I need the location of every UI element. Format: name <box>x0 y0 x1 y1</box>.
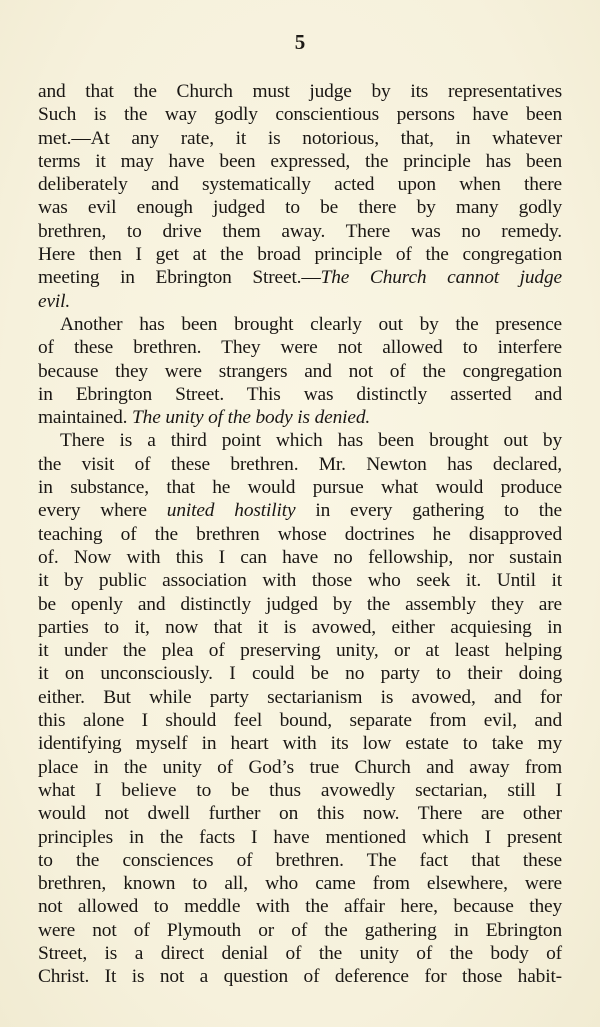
line-text: in every gathering to the <box>295 500 562 521</box>
line-text: in Ebrington Street. This was distinctly… <box>38 384 562 405</box>
line-text: be openly and distinctly judged by the a… <box>38 594 562 615</box>
text-line: Here then I get at the broad principle o… <box>38 243 562 266</box>
line-text: maintained. <box>38 407 132 428</box>
text-line: brethren, to drive them away. There was … <box>38 220 562 243</box>
line-text: every where <box>38 500 167 521</box>
text-line: to the consciences of brethren. The fact… <box>38 849 562 872</box>
text-line: of. Now with this I can have no fellowsh… <box>38 546 562 569</box>
document-page: 5 and that the Church must judge by its … <box>0 0 600 1027</box>
text-line: parties to it, now that it is avowed, ei… <box>38 616 562 639</box>
line-text: principles in the facts I have mentioned… <box>38 827 562 848</box>
line-text: of these brethren. They were not allowed… <box>38 337 562 358</box>
text-line: be openly and distinctly judged by the a… <box>38 593 562 616</box>
line-text: were not of Plymouth or of the gathering… <box>38 920 562 941</box>
text-line: it on unconsciously. I could be no party… <box>38 662 562 685</box>
line-text: the visit of these brethren. Mr. Newton … <box>38 454 562 475</box>
text-line: Such is the way godly conscientious pers… <box>38 103 562 126</box>
line-text: of. Now with this I can have no fellowsh… <box>38 547 562 568</box>
text-line: would not dwell further on this now. The… <box>38 802 562 825</box>
text-line: Street, is a direct denial of the unity … <box>38 942 562 965</box>
italic-emphasis: The Church cannot judge <box>321 267 562 288</box>
line-text: Such is the way godly conscientious pers… <box>38 104 562 125</box>
text-line: teaching of the brethren whose doctrines… <box>38 523 562 546</box>
text-line: met.—At any rate, it is notorious, that,… <box>38 127 562 150</box>
line-text: it on unconsciously. I could be no party… <box>38 663 562 684</box>
line-text: Street, is a direct denial of the unity … <box>38 943 562 964</box>
line-text: Here then I get at the broad principle o… <box>38 244 562 265</box>
line-text: it under the plea of preserving unity, o… <box>38 640 562 661</box>
line-text: met.—At any rate, it is notorious, that,… <box>38 128 562 149</box>
text-line: it under the plea of preserving unity, o… <box>38 639 562 662</box>
line-text: and that the Church must judge by its re… <box>38 81 562 102</box>
text-line: in Ebrington Street. This was distinctly… <box>38 383 562 406</box>
text-line: this alone I should feel bound, separate… <box>38 709 562 732</box>
text-line: There is a third point which has been br… <box>38 429 562 452</box>
line-text: was evil enough judged to be there by ma… <box>38 197 562 218</box>
line-text: There is a third point which has been br… <box>60 430 562 451</box>
text-line: maintained. The unity of the body is den… <box>38 406 562 429</box>
text-line: either. But while party sectarianism is … <box>38 686 562 709</box>
italic-emphasis: united hostility <box>167 500 296 521</box>
text-line: Christ. It is not a question of deferenc… <box>38 965 562 988</box>
line-text: it by public association with those who … <box>38 570 562 591</box>
line-text: meeting in Ebrington Street.— <box>38 267 321 288</box>
body-text: and that the Church must judge by its re… <box>38 80 562 989</box>
text-line: the visit of these brethren. Mr. Newton … <box>38 453 562 476</box>
line-text: identifying myself in heart with its low… <box>38 733 562 754</box>
line-text: Another has been brought clearly out by … <box>60 314 562 335</box>
line-text: terms it may have been expressed, the pr… <box>38 151 562 172</box>
line-text: brethren, to drive them away. There was … <box>38 221 562 242</box>
text-line: terms it may have been expressed, the pr… <box>38 150 562 173</box>
line-text: deliberately and systematically acted up… <box>38 174 562 195</box>
text-line: and that the Church must judge by its re… <box>38 80 562 103</box>
text-line: every where united hostility in every ga… <box>38 499 562 522</box>
text-line: deliberately and systematically acted up… <box>38 173 562 196</box>
text-line: evil. <box>38 290 562 313</box>
line-text: not allowed to meddle with the affair he… <box>38 896 562 917</box>
text-line: principles in the facts I have mentioned… <box>38 826 562 849</box>
line-text: what I believe to be thus avowedly secta… <box>38 780 562 801</box>
page-number: 5 <box>0 30 600 55</box>
text-line: brethren, known to all, who came from el… <box>38 872 562 895</box>
line-text: teaching of the brethren whose doctrines… <box>38 524 562 545</box>
line-text: place in the unity of God’s true Church … <box>38 757 562 778</box>
text-line: meeting in Ebrington Street.—The Church … <box>38 266 562 289</box>
text-line: what I believe to be thus avowedly secta… <box>38 779 562 802</box>
line-text: because they were strangers and not of t… <box>38 361 562 382</box>
italic-emphasis: The unity of the body is denied. <box>132 407 370 428</box>
text-line: Another has been brought clearly out by … <box>38 313 562 336</box>
line-text: either. But while party sectarianism is … <box>38 687 562 708</box>
text-line: because they were strangers and not of t… <box>38 360 562 383</box>
line-text: brethren, known to all, who came from el… <box>38 873 562 894</box>
line-text: Christ. It is not a question of deferenc… <box>38 966 562 987</box>
text-line: of these brethren. They were not allowed… <box>38 336 562 359</box>
line-text: in substance, that he would pursue what … <box>38 477 562 498</box>
text-line: not allowed to meddle with the affair he… <box>38 895 562 918</box>
italic-emphasis: evil. <box>38 291 70 312</box>
text-line: was evil enough judged to be there by ma… <box>38 196 562 219</box>
text-line: in substance, that he would pursue what … <box>38 476 562 499</box>
line-text: parties to it, now that it is avowed, ei… <box>38 617 562 638</box>
line-text: this alone I should feel bound, separate… <box>38 710 562 731</box>
text-line: were not of Plymouth or of the gathering… <box>38 919 562 942</box>
text-line: place in the unity of God’s true Church … <box>38 756 562 779</box>
line-text: would not dwell further on this now. The… <box>38 803 562 824</box>
text-line: identifying myself in heart with its low… <box>38 732 562 755</box>
line-text: to the consciences of brethren. The fact… <box>38 850 562 871</box>
text-line: it by public association with those who … <box>38 569 562 592</box>
